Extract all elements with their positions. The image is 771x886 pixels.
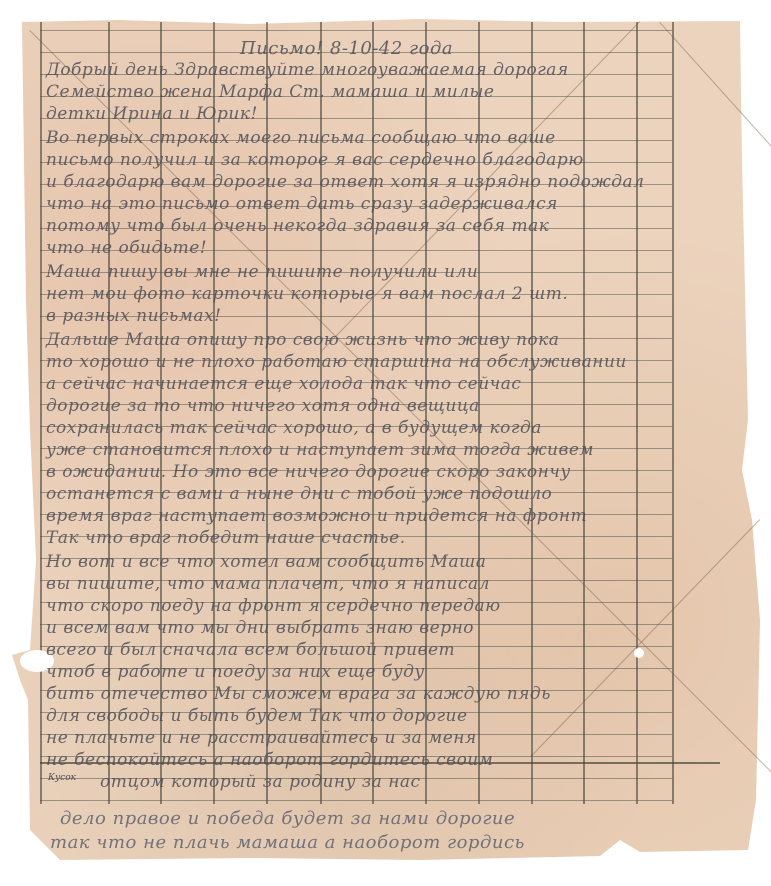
footer-line: так что не плачь мамаша а наоборот горди… xyxy=(50,832,525,853)
grid-line xyxy=(636,22,638,804)
letter-line: дорогие за то что ничего хотя одна вещиц… xyxy=(46,396,480,416)
letter-line: то хорошо и не плохо работаю старшина на… xyxy=(46,352,627,372)
letter-line: и благодарю вам дорогие за ответ хотя я … xyxy=(46,172,644,192)
letter-line: нет мои фото карточки которые я вам посл… xyxy=(46,284,568,304)
letter-title: Письмо! 8-10-42 года xyxy=(240,38,453,59)
letter-line: отцом который за родину за нас xyxy=(100,772,421,792)
letter-line: письмо получил и за которое я вас сердеч… xyxy=(46,150,584,170)
letter-line: Так что враг победит наше счастье. xyxy=(46,528,406,548)
letter-line: Но вот и все что хотел вам сообщить Маша xyxy=(46,552,486,572)
letter-line: останется с вами а ныне дни с тобой уже … xyxy=(46,484,552,504)
letter-line: что не обидьте! xyxy=(46,238,207,258)
letter-line: вы пишите, что мама плачет, что я написа… xyxy=(46,574,490,594)
grid-label: Кусок xyxy=(48,773,76,783)
letter-line: и всем вам что мы дни выбрать знаю верно xyxy=(46,618,474,638)
letter-line: в разных письмах! xyxy=(46,306,221,326)
letter-line: в ожидании. Но это все ничего дорогие ск… xyxy=(46,462,571,482)
grid-line xyxy=(583,22,585,804)
letter-line: Во первых строках моего письма сообщаю ч… xyxy=(46,128,556,148)
letter-line: уже становится плохо и наступает зима то… xyxy=(46,440,594,460)
letter-line: потому что был очень некогда здравия за … xyxy=(46,216,549,236)
letter-line: детки Ирина и Юрик! xyxy=(46,104,258,124)
letter-line: что на это письмо ответ дать сразу задер… xyxy=(46,194,558,214)
letter-line: Дальше Маша опишу про свою жизнь что жив… xyxy=(46,330,559,350)
letter-line: Маша пишу вы мне не пишите получили или xyxy=(46,262,478,282)
letter-line: не плачьте и не расстраивайтесь и за мен… xyxy=(46,728,477,748)
footer-line: дело правое и победа будет за нами дорог… xyxy=(60,808,515,829)
torn-hole xyxy=(634,648,644,658)
letter-line: для свободы и быть будем Так что дорогие xyxy=(46,706,468,726)
letter-line: всего и был сначала всем большой привет xyxy=(46,640,455,660)
letter-line: Добрый день Здравствуйте многоуважаемая … xyxy=(46,60,569,80)
letter-line: что скоро поеду на фронт я сердечно пере… xyxy=(46,596,501,616)
letter-line: время враг наступает возможно и придется… xyxy=(46,506,587,526)
letter-line: бить отечество Мы сможем врага за каждую… xyxy=(46,684,551,704)
letter-line: не беспокойтесь а наоборот гордитесь сво… xyxy=(46,750,493,770)
grid-line xyxy=(672,22,674,804)
letter-line: сохранилась так сейчас хорошо, а в будущ… xyxy=(46,418,542,438)
letter-line: Семейство жена Марфа Ст. мамаша и милые xyxy=(46,82,494,102)
letter-line: чтоб в работе и поеду за них еще буду xyxy=(46,662,425,682)
letter-line: а сейчас начинается еще холода так что с… xyxy=(46,374,521,394)
grid-line xyxy=(40,22,42,804)
